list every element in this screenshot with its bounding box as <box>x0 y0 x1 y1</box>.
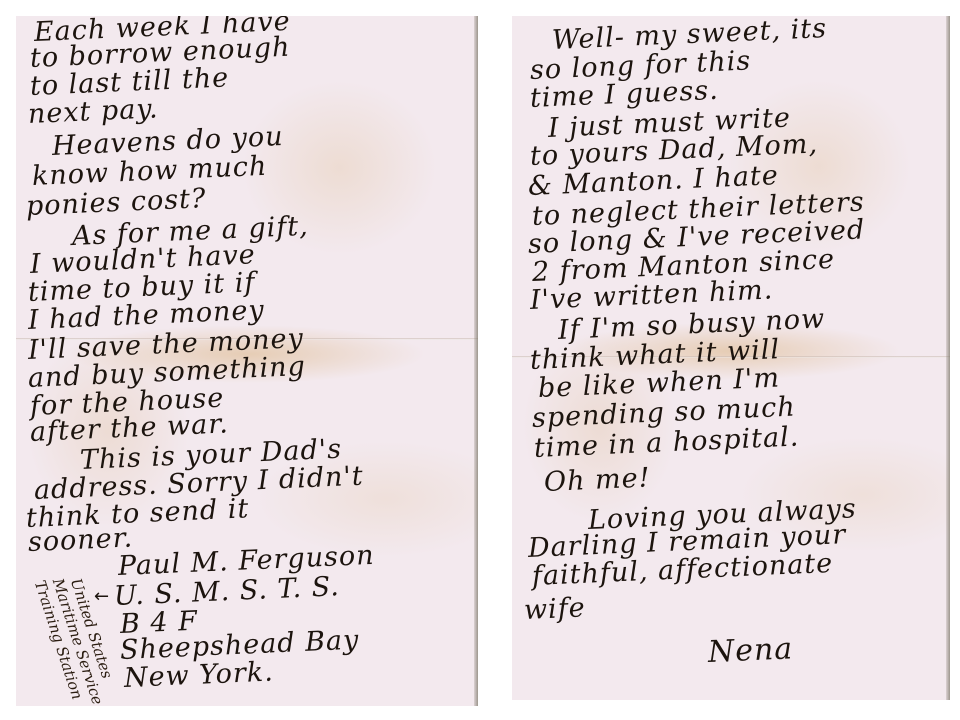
letter-line: Oh me! <box>543 463 651 498</box>
letter-scan: Each week I have to borrow enough to las… <box>0 0 960 720</box>
arrow-left-icon: ← <box>94 586 109 607</box>
letter-line: wife <box>523 593 586 626</box>
page-edge <box>474 16 478 706</box>
margin-note: United States Maritime Service Training … <box>22 576 92 706</box>
letter-page-left: Each week I have to borrow enough to las… <box>16 16 478 706</box>
letter-page-right: Well- my sweet, its so long for this tim… <box>512 16 950 700</box>
address-line: New York. <box>123 657 274 694</box>
signature: Nena <box>707 634 793 668</box>
letter-line: next pay. <box>27 94 159 130</box>
page-edge <box>946 16 950 700</box>
